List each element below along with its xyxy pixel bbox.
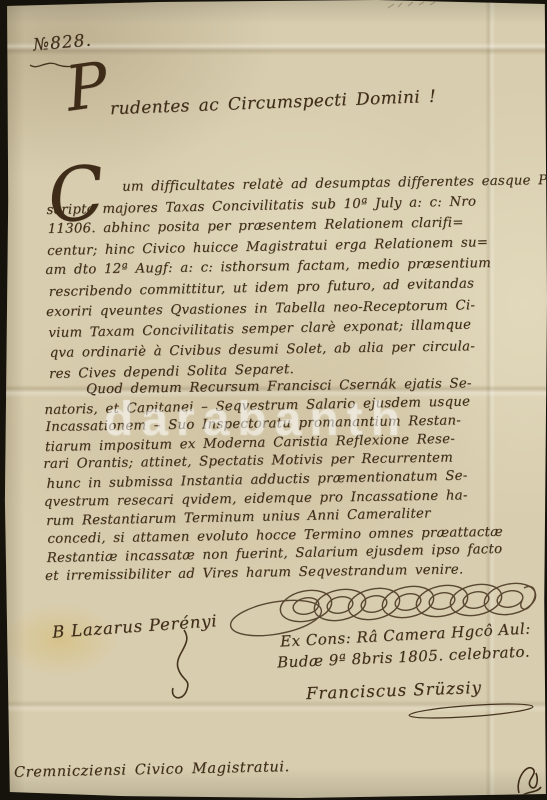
photograph-background: №828. P rudentes ac Circumspecti Domini … bbox=[0, 0, 547, 800]
body-paragraph-1: um difficultates relatè ad desumptas dif… bbox=[44, 171, 541, 385]
salutation-text: rudentes ac Circumspecti Domini ! bbox=[110, 87, 437, 120]
address-line: Cremnicziensi Civico Magistratui. bbox=[14, 759, 290, 781]
corner-ink-scribble-icon bbox=[511, 757, 545, 799]
auction-watermark: darabanth bbox=[104, 392, 408, 447]
signature-underline-flourish-icon bbox=[405, 700, 537, 722]
salutation-initial: P bbox=[61, 47, 112, 125]
manuscript-paper: №828. P rudentes ac Circumspecti Domini … bbox=[0, 0, 547, 800]
faint-pencil-mark-icon bbox=[386, 0, 438, 12]
paraph-flourish-icon bbox=[160, 628, 196, 708]
